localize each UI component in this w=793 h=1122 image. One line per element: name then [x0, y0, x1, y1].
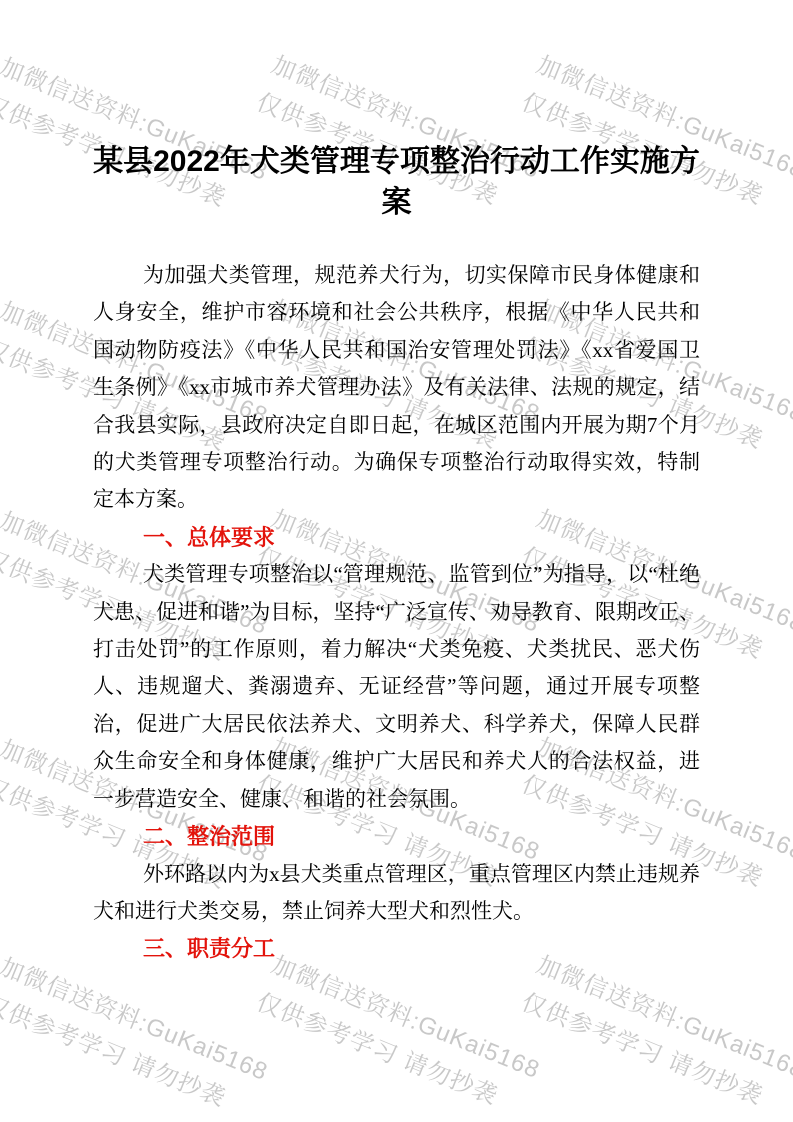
- watermark-line2: 仅供参考学习 请勿抄袭: [0, 985, 259, 1122]
- watermark-line2: 仅供参考学习 请勿抄袭: [250, 983, 531, 1122]
- watermark-line2: 仅供参考学习 请勿抄袭: [515, 983, 793, 1122]
- overall-requirements-paragraph: 犬类管理专项整治以“管理规范、监管到位”为指导，以“杜绝犬患、促进和谐”为目标，…: [93, 556, 700, 818]
- rectification-scope-paragraph: 外环路以内为x县犬类重点管理区，重点管理区内禁止违规养犬和进行犬类交易，禁止饲养…: [93, 856, 700, 931]
- section-heading-overall-requirements: 一、总体要求: [93, 519, 700, 556]
- document-body: 某县2022年犬类管理专项整治行动工作实施方 案 为加强犬类管理，规范养犬行为，…: [93, 141, 700, 968]
- document-page: 加微信送资料:GuKai5168 仅供参考学习 请勿抄袭 加微信送资料:GuKa…: [0, 0, 793, 1122]
- document-title: 某县2022年犬类管理专项整治行动工作实施方 案: [93, 141, 700, 223]
- section-heading-responsibility-division: 三、职责分工: [93, 930, 700, 967]
- watermark-tile: 加微信送资料:GuKai5168 仅供参考学习 请勿抄袭: [250, 946, 546, 1122]
- intro-paragraph: 为加强犬类管理，规范养犬行为，切实保障市民身体健康和人身安全，维护市容环境和社会…: [93, 257, 700, 519]
- document-title-line1: 某县2022年犬类管理专项整治行动工作实施方: [93, 141, 700, 182]
- document-title-line2: 案: [93, 182, 700, 223]
- watermark-tile: 加微信送资料:GuKai5168 仅供参考学习 请勿抄袭: [0, 948, 274, 1122]
- section-heading-rectification-scope: 二、整治范围: [93, 818, 700, 855]
- watermark-line1: 加微信送资料:GuKai5168: [0, 948, 274, 1093]
- watermark-tile: 加微信送资料:GuKai5168 仅供参考学习 请勿抄袭: [515, 946, 793, 1122]
